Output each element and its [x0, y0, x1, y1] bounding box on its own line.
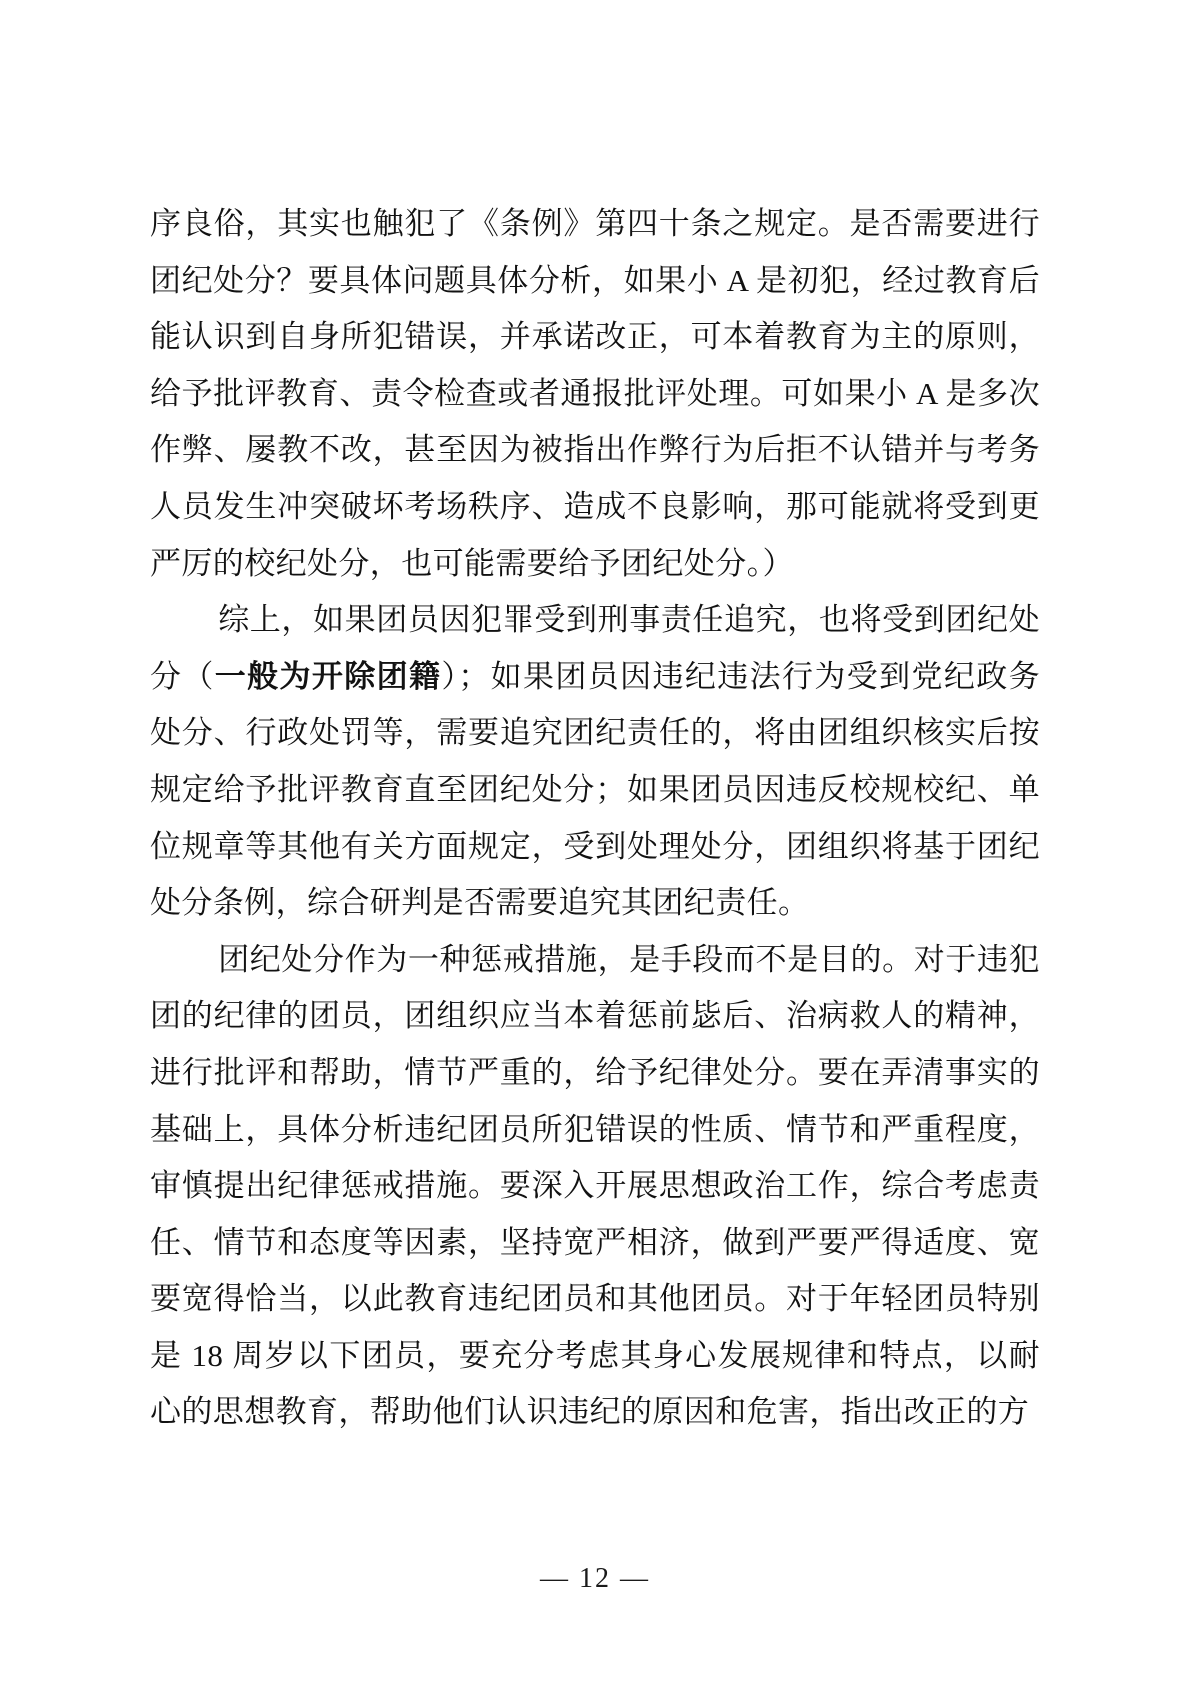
page-number: — 12 —: [0, 1562, 1190, 1596]
document-page: 序良俗，其实也触犯了《条例》第四十条之规定。是否需要进行团纪处分？要具体问题具体…: [0, 0, 1190, 1682]
bold-phrase-expulsion: 一般为开除团籍: [215, 659, 442, 694]
paragraph-summary: 综上，如果团员因犯罪受到刑事责任追究，也将受到团纪处分（一般为开除团籍）；如果团…: [150, 592, 1040, 932]
paragraph-discipline-purpose: 团纪处分作为一种惩戒措施，是手段而不是目的。对于违犯团的纪律的团员，团组织应当本…: [150, 932, 1040, 1441]
document-body: 序良俗，其实也触犯了《条例》第四十条之规定。是否需要进行团纪处分？要具体问题具体…: [150, 196, 1040, 1441]
paragraph-continuation: 序良俗，其实也触犯了《条例》第四十条之规定。是否需要进行团纪处分？要具体问题具体…: [150, 196, 1040, 592]
paragraph-summary-text-after: ）；如果团员因违纪违法行为受到党纪政务处分、行政处罚等，需要追究团纪责任的，将由…: [150, 659, 1040, 920]
